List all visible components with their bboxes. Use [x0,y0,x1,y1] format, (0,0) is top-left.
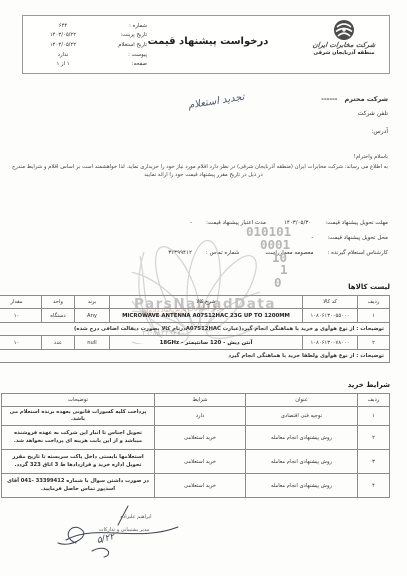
company-value: ------ [321,95,337,103]
terms-cell-title: روش پیشنهادی انجام معامله [246,426,358,450]
field-value: ۱ از ۱ [33,61,93,67]
header-field-number: شماره : ۶۴۴ [33,21,147,31]
field-label: پیوست : [128,52,147,58]
place-label: محل تحویل پیشنهاد قیمت: [327,235,388,241]
tci-logo-icon [333,19,355,41]
goods-header-code: کد کالا [303,296,358,309]
handwritten-renewal-note: تجدید استعلام [150,92,246,118]
salutation: باسلام واحترام! [354,154,388,160]
terms-cell-cond: خرید استعلامی [155,474,246,498]
org-name: شرکت مخابرات ایران [304,41,385,49]
org-region: منطقه آذربایجان شرقی [304,50,384,56]
goods-header-brand: برند [75,296,110,309]
terms-row: ۱ توجیه فنی اقتصادی دارد پرداخت کلیه کسو… [2,407,390,426]
document-header: شماره : ۶۴۴ تاریخ پرینت: ۱۴۰۳/۰۵/۲۲ تاری… [22,15,390,74]
place-value: - [311,235,313,241]
goods-cell-desc: آنتن دیش - 120 سانتیمتر - 18GHz [110,336,303,350]
terms-cell-desc: پرداخت کلیه کسورات قانونی بعهده برنده اس… [2,407,155,426]
terms-cell-desc: تحویل اجناس تا انبار این شرکت به عهده فر… [2,426,155,450]
terms-cell-cond: خرید استعلامی [155,426,246,450]
field-value: ۶۴۴ [33,23,93,29]
terms-cell-title: توجیه فنی اقتصادی [246,407,358,426]
greeting-line-1: به اطلاع می رساند: شرکت مخابرات ایران (م… [12,164,388,170]
terms-header-cond: شرایط [155,394,246,407]
goods-header-row-num: ردیف [358,296,390,309]
field-label: صفحه: [132,61,147,67]
quotation-request-document: شماره : ۶۴۴ تاریخ پرینت: ۱۴۰۳/۰۵/۲۲ تاری… [0,0,407,576]
header-field-page: صفحه: ۱ از ۱ [33,59,147,69]
terms-header-desc: توضیحات [2,394,155,407]
terms-header-title: عنوان [246,394,358,407]
header-meta-fields: شماره : ۶۴۴ تاریخ پرینت: ۱۴۰۳/۰۵/۲۲ تاری… [33,21,147,69]
terms-table: ردیف عنوان شرایط توضیحات ۱ توجیه فنی اقت… [1,393,390,498]
goods-cell-brand: Any [75,309,110,323]
terms-cell-cond: دارد [155,407,246,426]
goods-row: ۱ ۱۰۸۰۶۱۳۰۰۵۵۰۰۰ MICROWAVE ANTENNA A07S1… [0,309,390,323]
goods-header-qty: مقدار [0,296,42,309]
goods-cell-unit: دستگاه [42,309,75,323]
terms-row: ۴ روش پیشنهادی انجام معامله خرید استعلام… [2,474,390,498]
goods-section-title: لیست کالاها [348,283,390,291]
terms-cell-row: ۴ [358,474,390,498]
goods-row: ۲ ۱۰۸۰۶۱۳۰۰۷۸۰۰۰ آنتن دیش - 120 سانتیمتر… [0,336,390,350]
recipient-company-line: شرکت محترم ------ [321,95,388,103]
goods-cell-code: ۱۰۸۰۶۱۳۰۰۵۵۰۰۰ [303,309,358,323]
field-value: ندارد [33,52,93,58]
goods-note-row: توضیحات : از نوع هوآوی ولطفا خرید با هما… [0,350,390,363]
goods-cell-desc: MICROWAVE ANTENNA A07S12HAC 23G UP TO 12… [110,309,303,323]
goods-header-unit: واحد [42,296,75,309]
terms-cell-desc: در صورت داشتن سوال با شماره 33399412 -04… [2,474,155,498]
binary-digits-watermark: 010101 0001 10 1 0 [246,226,291,290]
signature-scribble [52,503,184,559]
terms-header-row-num: ردیف [358,394,390,407]
field-value: ۱۴۰۳/۰۵/۲۲ [33,32,93,38]
header-field-attachment: پیوست : ندارد [33,50,147,60]
company-label: شرکت محترم [344,95,388,103]
terms-cell-row: ۳ [358,450,390,474]
header-field-inquiry-date: تاریخ استعلام ۱۴۰۳/۰۵/۲۲ [33,40,147,50]
field-label: شماره : [129,23,147,29]
terms-row: ۲ روش پیشنهادی انجام معامله خرید استعلام… [2,426,390,450]
deadline-label: مهلت تحویل پیشنهاد قیمت: [325,220,388,226]
terms-section-title: شرایط خرید [348,381,390,389]
digits-line: 0 [274,277,291,290]
recipient-phone-line: تلفن شرکت [358,110,388,117]
org-block: شرکت مخابرات ایران منطقه آذربایجان شرقی [304,18,384,56]
goods-cell-code: ۱۰۸۰۶۱۳۰۰۷۸۰۰۰ [303,336,358,350]
digits-line: 1 [280,264,291,277]
goods-note: توضیحات : از نوع هوآوی و خرید با هماهنگی… [0,323,390,336]
goods-header-row: ردیف کد کالا شرح کالا برند واحد مقدار [0,296,390,309]
expert-label: کارشناس استعلام گیرنده : [328,250,388,256]
goods-header-desc: شرح کالا [110,296,303,309]
goods-cell-unit: عدد [42,336,75,350]
terms-cell-desc: استعلامها بایستی داخل پاکت سربسته تا تار… [2,450,155,474]
terms-cell-row: ۲ [358,426,390,450]
goods-note-row: توضیحات : از نوع هوآوی و خرید با هماهنگی… [0,323,390,336]
terms-cell-title: روش پیشنهادی انجام معامله [246,450,358,474]
goods-cell-row: ۱ [358,309,390,323]
goods-cell-row: ۲ [358,336,390,350]
terms-cell-row: ۱ [358,407,390,426]
terms-row: ۳ روش پیشنهادی انجام معامله خرید استعلام… [2,450,390,474]
recipient-address-line: آدرس: [371,128,388,135]
terms-cell-cond: خرید استعلامی [155,450,246,474]
goods-cell-brand: null [75,336,110,350]
goods-cell-qty: ۱۰ [0,309,42,323]
field-value: ۱۴۰۳/۰۵/۲۲ [33,42,93,48]
terms-header-row: ردیف عنوان شرایط توضیحات [2,394,390,407]
terms-cell-title: روش پیشنهادی انجام معامله [246,474,358,498]
page-title: درخواست پیشنهاد قیمت [141,36,275,47]
goods-cell-qty: ۱۰ [0,336,42,350]
greeting-line-2: در ذیل در تاریخ مقرر پیشنهاد قیمت خود را… [0,172,407,178]
goods-table: ردیف کد کالا شرح کالا برند واحد مقدار ۱ … [0,295,390,363]
info-line-place: محل تحویل پیشنهاد قیمت: - [311,235,388,241]
header-field-print-date: تاریخ پرینت: ۱۴۰۳/۰۵/۲۲ [33,31,147,41]
goods-note: توضیحات : از نوع هوآوی ولطفا خرید با هما… [0,350,390,363]
